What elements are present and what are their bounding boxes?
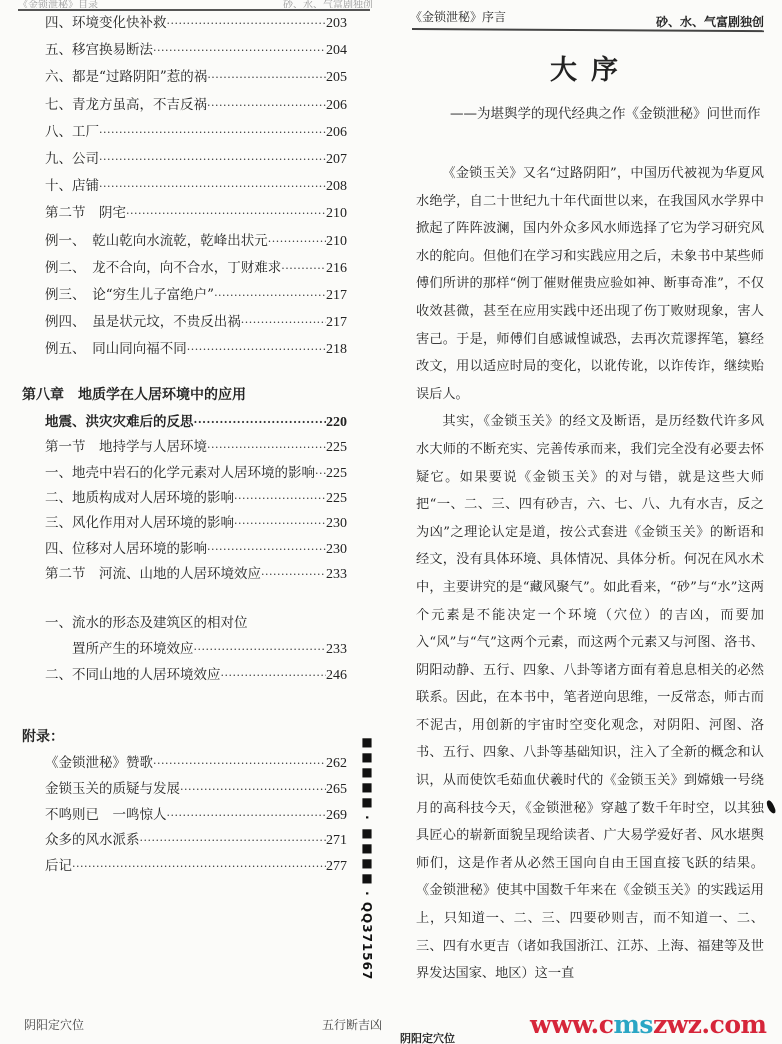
toc-entry[interactable]: 第一节 地持学与人居环境225: [45, 437, 347, 457]
toc-entry[interactable]: 地震、洪灾灾难后的反思220: [45, 412, 347, 432]
toc-entry[interactable]: 例五、 同山同向福不同218: [45, 339, 347, 359]
toc-entry[interactable]: 七、青龙方虽高，不吉反祸206: [45, 95, 347, 115]
right-header-title: 《金锁泄秘》序言: [410, 8, 506, 25]
toc-entry[interactable]: 二、地质构成对人居环境的影响225: [45, 488, 347, 508]
left-footer-left: 阴阳定穴位: [24, 1016, 84, 1033]
paragraph-2: 其实，《金锁玉关》的经文及断语，是历经数代许多风水大师的不断充实、完善传承而来，…: [416, 408, 764, 987]
left-running-header: 《金锁泄秘》目录 砂、水、气富剧独创: [18, 0, 373, 8]
header-rule: [18, 9, 370, 11]
left-header-title: 《金锁泄秘》目录: [18, 0, 98, 8]
left-page: 《金锁泄秘》目录 砂、水、气富剧独创 四、环境变化快补救203五、移宫换易断法2…: [0, 0, 390, 1044]
body-text: 《金锁玉关》又名“过路阴阳”，中国历代被视为华夏风水绝学，自二十世纪九十年代面世…: [416, 160, 764, 988]
toc-entry[interactable]: 一、地壳中岩石的化学元素对人居环境的影响225: [45, 463, 347, 483]
chapter-heading: 第八章 地质学在人居环境中的应用: [22, 385, 246, 405]
toc-entry[interactable]: 例二、 龙不合向，向不合水，丁财难求216: [45, 258, 347, 278]
toc-entry[interactable]: 四、位移对人居环境的影响230: [45, 539, 347, 559]
toc-entry[interactable]: 五、移宫换易断法204: [45, 40, 347, 60]
toc-entry[interactable]: 金锁玉关的质疑与发展265: [45, 779, 347, 799]
toc-entry[interactable]: 《金锁泄秘》赞歌262: [45, 753, 347, 773]
page-subtitle: ——为堪舆学的现代经典之作《金锁泄秘》问世而作: [450, 102, 761, 122]
right-header-right: 砂、水、气富剧独创: [656, 13, 764, 30]
toc-entry[interactable]: 九、公司207: [45, 149, 347, 169]
paragraph-1: 《金锁玉关》又名“过路阴阳”，中国历代被视为华夏风水绝学，自二十世纪九十年代面世…: [416, 160, 764, 408]
toc-entry[interactable]: 第二节 河流、山地的人居环境效应233: [45, 564, 347, 584]
toc-entry[interactable]: 后记277: [45, 856, 347, 876]
toc-entry[interactable]: 六、都是“过路阴阳”惹的祸205: [45, 67, 347, 87]
toc-entry[interactable]: 不鸣则已 一鸣惊人269: [45, 805, 347, 825]
toc-entry[interactable]: 二、不同山地的人居环境效应246: [45, 665, 347, 685]
right-footer-left: 阴阳定穴位: [400, 1030, 455, 1044]
toc-entry[interactable]: 例四、 虽是状元坟，不贵反出祸217: [45, 312, 347, 332]
toc-entry[interactable]: 众多的风水派系271: [45, 830, 347, 850]
toc-entry[interactable]: 三、风化作用对人居环境的影响230: [45, 513, 347, 533]
toc-entry-multiline-1[interactable]: 一、流水的形态及建筑区的相对位: [45, 613, 248, 633]
toc-entry[interactable]: 十、店铺208: [45, 176, 347, 196]
toc-entry[interactable]: 四、环境变化快补救203: [45, 13, 347, 33]
toc-entry[interactable]: 第二节 阴宅210: [45, 203, 347, 223]
toc-entry-multiline-2[interactable]: 置所产生的环境效应233: [72, 639, 347, 659]
side-stamp: ■■■■■ · ■■■■ · QQ371567: [360, 735, 374, 1044]
watermark: www.cmszwz.com: [530, 1010, 766, 1039]
right-page: 《金锁泄秘》序言 砂、水、气富剧独创 大序 ——为堪舆学的现代经典之作《金锁泄秘…: [400, 0, 782, 1044]
appendix-heading: 附录：: [22, 727, 64, 747]
toc-entry[interactable]: 例三、 论“穷生儿子富绝户”217: [45, 285, 347, 305]
left-header-right: 砂、水、气富剧独创: [283, 0, 373, 8]
page-title: 大序: [400, 48, 782, 87]
toc-entry[interactable]: 八、工厂206: [45, 122, 347, 142]
toc-entry[interactable]: 例一、 乾山乾向水流乾，乾峰出状元210: [45, 231, 347, 251]
